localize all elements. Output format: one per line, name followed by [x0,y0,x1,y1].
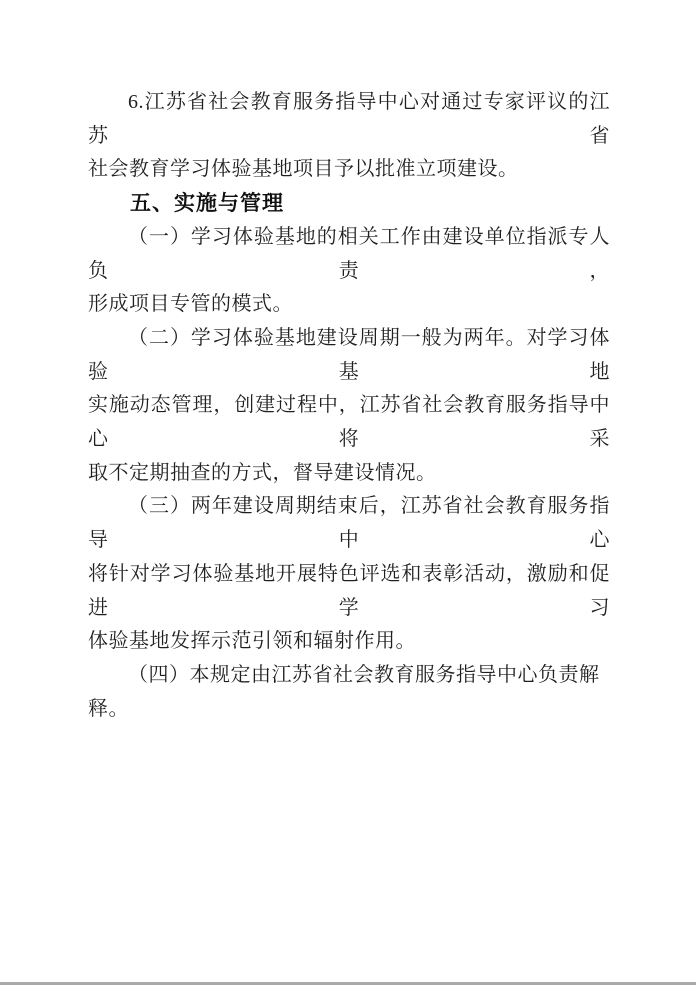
text-line: （二）学习体验基地建设周期一般为两年。对学习体验基地 [88,322,610,389]
text-line: （三）两年建设周期结束后，江苏省社会教育服务指导中心 [88,490,610,557]
text-line: 形成项目专管的模式。 [88,288,610,322]
text-line: （一）学习体验基地的相关工作由建设单位指派专人负责， [88,221,610,288]
text-line: 五、实施与管理 [88,187,610,221]
text-line: 社会教育学习体验基地项目予以批准立项建设。 [88,153,610,187]
paragraph: （二）学习体验基地建设周期一般为两年。对学习体验基地实施动态管理，创建过程中，江… [88,322,610,491]
paragraph: （三）两年建设周期结束后，江苏省社会教育服务指导中心将针对学习体验基地开展特色评… [88,490,610,659]
text-line: 取不定期抽查的方式，督导建设情况。 [88,457,610,491]
paragraph: （一）学习体验基地的相关工作由建设单位指派专人负责，形成项目专管的模式。 [88,221,610,322]
document-page: 6.江苏省社会教育服务指导中心对通过专家评议的江苏省社会教育学习体验基地项目予以… [0,0,696,985]
document-body: 6.江苏省社会教育服务指导中心对通过专家评议的江苏省社会教育学习体验基地项目予以… [88,86,610,726]
paragraph: （四）本规定由江苏省社会教育服务指导中心负责解释。 [88,659,610,726]
text-line: 6.江苏省社会教育服务指导中心对通过专家评议的江苏省 [88,86,610,153]
text-line: 将针对学习体验基地开展特色评选和表彰活动，激励和促进学习 [88,558,610,625]
text-line: （四）本规定由江苏省社会教育服务指导中心负责解释。 [88,659,610,726]
text-line: 实施动态管理，创建过程中，江苏省社会教育服务指导中心将采 [88,389,610,456]
text-line: 体验基地发挥示范引领和辐射作用。 [88,625,610,659]
paragraph: 6.江苏省社会教育服务指导中心对通过专家评议的江苏省社会教育学习体验基地项目予以… [88,86,610,187]
section-heading: 五、实施与管理 [88,187,610,221]
